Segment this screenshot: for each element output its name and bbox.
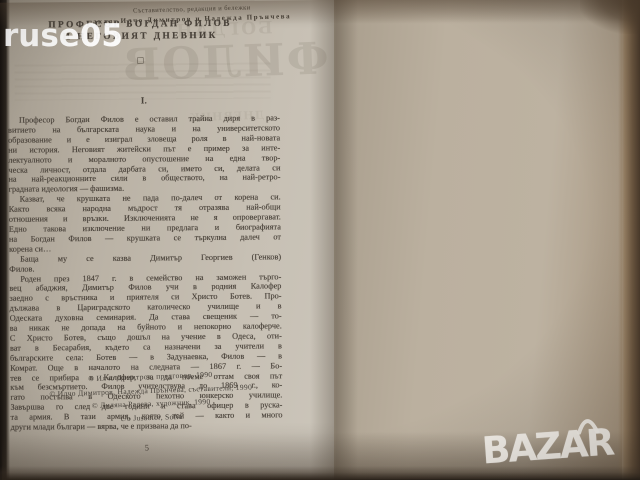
body-text: Професор Богдан Филов е оставил трайна д… (8, 113, 283, 432)
right-page-text-layer: ПРОФЕСОР БОГДАН ФИЛОВ И НЕГОВИЯТ ДНЕВНИК… (0, 0, 640, 480)
book-photo: Съставителство, редакция и бележки акад.… (0, 0, 640, 480)
shopping-bag-icon (574, 415, 601, 435)
body-text-line: други млади българи — вярва, че е призва… (11, 420, 283, 432)
section-number: I. (8, 95, 280, 107)
page-number: 5 (11, 441, 283, 453)
seller-username-watermark: ruse05 (3, 18, 123, 54)
bazar-logo-watermark: BAZAR (481, 423, 614, 469)
